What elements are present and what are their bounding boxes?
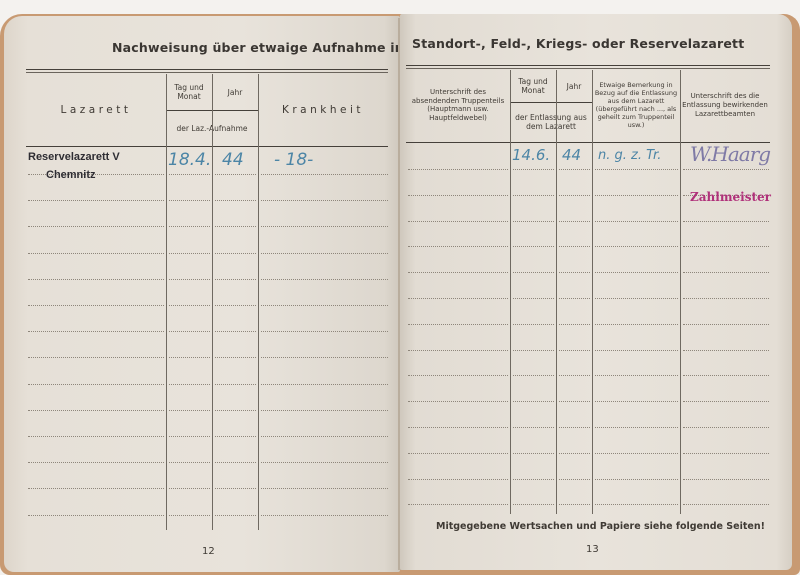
dotted-row-line [215,436,256,437]
entry-krankheit: - 18- [274,150,313,170]
dotted-row-line [559,350,590,351]
dotted-row-line [28,436,164,437]
dotted-row-line [513,298,554,299]
dotted-row-line [559,427,590,428]
lazarett-stamp-line1: Reservelazarett V [28,151,120,163]
dotted-row-line [559,221,590,222]
col-line [212,74,213,530]
header-lazarett: Lazarett [26,74,166,146]
dotted-row-line [513,221,554,222]
header-tag-monat: Tag und Monat [166,74,212,110]
dotted-row-line [595,246,678,247]
dotted-row-line [169,253,210,254]
dotted-row-line [559,298,590,299]
dotted-row-line [408,298,508,299]
dotted-row-line [28,200,164,201]
dotted-row-line [513,169,554,170]
dotted-row-line [408,246,508,247]
header-divider [510,102,592,103]
dotted-row-line [595,272,678,273]
dotted-row-line [559,479,590,480]
dotted-row-line [169,384,210,385]
dotted-row-line [683,298,769,299]
dotted-row-line [683,272,769,273]
dotted-row-line [595,401,678,402]
dotted-row-line [169,410,210,411]
header-unterschrift-truppenteil: Unterschrift des absendenden Truppenteil… [406,70,510,140]
dotted-row-line [215,357,256,358]
dotted-row-line [215,253,256,254]
page-number-right: 13 [586,544,599,555]
dotted-row-line [261,384,388,385]
dotted-row-line [169,279,210,280]
dotted-row-line [261,488,388,489]
dotted-row-line [683,479,769,480]
dotted-row-line [261,331,388,332]
col-line [680,70,681,514]
dotted-row-line [513,375,554,376]
dotted-row-line [169,174,210,175]
col-line [258,74,259,530]
dotted-row-line [559,375,590,376]
dotted-row-line [683,504,769,505]
dotted-row-line [408,195,508,196]
entry-jahr: 44 [222,150,244,170]
dotted-row-line [169,357,210,358]
dotted-row-line [408,221,508,222]
left-page: Nachweisung über etwaige Aufnahme in ein… [4,16,400,572]
left-page-title: Nachweisung über etwaige Aufnahme in ein [112,40,400,55]
title-rule [406,65,770,69]
dotted-row-line [595,350,678,351]
dotted-row-line [513,246,554,247]
entry-tag-monat: 18.4. [168,150,211,170]
dotted-row-line [215,226,256,227]
dotted-row-line [408,324,508,325]
dotted-row-line [169,200,210,201]
dotted-row-line [408,401,508,402]
dotted-row-line [215,384,256,385]
header-krankheit: Krankheit [258,74,388,146]
dotted-row-line [595,504,678,505]
dotted-row-line [595,479,678,480]
dotted-row-line [261,305,388,306]
lazarett-stamp-line2: Chemnitz [46,169,96,181]
dotted-row-line [215,279,256,280]
dotted-row-line [261,462,388,463]
col-line [166,74,167,530]
dotted-row-line [215,331,256,332]
dotted-row-line [559,453,590,454]
dotted-row-line [215,462,256,463]
dotted-row-line [513,504,554,505]
dotted-row-line [28,410,164,411]
dotted-row-line [28,305,164,306]
dotted-row-line [261,515,388,516]
dotted-row-line [28,226,164,227]
header-jahr: Jahr [212,74,258,110]
entry-bemerkung: n. g. z. Tr. [598,148,661,163]
dotted-row-line [595,298,678,299]
dotted-row-line [215,488,256,489]
dotted-row-line [169,305,210,306]
dotted-row-line [683,221,769,222]
dotted-row-line [261,279,388,280]
dotted-row-line [595,375,678,376]
dotted-row-line [261,357,388,358]
dotted-row-line [408,375,508,376]
dotted-row-line [215,200,256,201]
dotted-row-line [261,410,388,411]
dotted-row-line [28,384,164,385]
dotted-row-line [595,169,678,170]
dotted-row-line [215,515,256,516]
dotted-row-line [169,515,210,516]
dotted-row-line [169,226,210,227]
dotted-row-line [215,174,256,175]
dotted-row-line [513,401,554,402]
zahlmeister-stamp: Zahlmeister [690,190,771,204]
dotted-row-line [513,195,554,196]
dotted-row-line [408,504,508,505]
dotted-row-line [513,272,554,273]
page-number-left: 12 [202,546,215,557]
header-bemerkung: Etwaige Bemerkung in Bezug auf die Entla… [592,70,680,140]
dotted-row-line [683,375,769,376]
dotted-row-line [683,324,769,325]
dotted-row-line [559,195,590,196]
dotted-row-line [408,169,508,170]
header-entlassung: der Entlassung aus dem Lazarett [510,104,592,140]
dotted-row-line [408,272,508,273]
dotted-row-line [595,221,678,222]
dotted-row-line [28,488,164,489]
dotted-row-line [215,410,256,411]
dotted-row-line [169,462,210,463]
dotted-row-line [683,453,769,454]
footer-note: Mitgegebene Wertsachen und Papiere siehe… [436,521,765,532]
header-unterschrift-beamter: Unterschrift des die Entlassung bewirken… [680,70,770,140]
col-line [556,70,557,514]
dotted-row-line [559,504,590,505]
dotted-row-line [595,324,678,325]
dotted-row-line [559,324,590,325]
dotted-row-line [683,246,769,247]
dotted-row-line [595,427,678,428]
dotted-row-line [28,331,164,332]
dotted-row-line [513,479,554,480]
dotted-row-line [261,226,388,227]
dotted-row-line [513,350,554,351]
title-rule [26,69,388,73]
open-soldbuch: Nachweisung über etwaige Aufnahme in ein… [0,10,800,575]
col-line [592,70,593,514]
col-line [510,70,511,514]
dotted-row-line [261,436,388,437]
dotted-row-line [215,305,256,306]
dotted-row-line [683,401,769,402]
dotted-row-line [261,200,388,201]
dotted-row-line [683,350,769,351]
dotted-row-line [28,462,164,463]
dotted-row-line [28,279,164,280]
dotted-row-line [559,272,590,273]
dotted-row-line [28,253,164,254]
dotted-row-line [595,195,678,196]
header-jahr: Jahr [556,70,592,102]
right-page: Standort-, Feld-, Kriegs- oder Reservela… [400,14,792,570]
header-bottom-rule [26,146,388,147]
dotted-row-line [169,488,210,489]
dotted-row-line [408,479,508,480]
dotted-row-line [408,427,508,428]
entry-jahr: 44 [562,146,581,164]
dotted-row-line [28,357,164,358]
dotted-row-line [595,453,678,454]
signature: W.Haarg [690,142,770,166]
dotted-row-line [513,453,554,454]
dotted-row-line [559,246,590,247]
dotted-row-line [683,427,769,428]
dotted-row-line [261,174,388,175]
dotted-row-line [408,350,508,351]
header-tag-monat: Tag und Monat [510,70,556,102]
dotted-row-line [261,253,388,254]
dotted-row-line [28,515,164,516]
dotted-row-line [408,453,508,454]
dotted-row-line [559,401,590,402]
dotted-row-line [169,331,210,332]
dotted-row-line [683,169,769,170]
right-page-title: Standort-, Feld-, Kriegs- oder Reservela… [412,36,744,51]
entry-tag-monat: 14.6. [512,146,550,164]
dotted-row-line [513,324,554,325]
dotted-row-line [169,436,210,437]
dotted-row-line [513,427,554,428]
dotted-row-line [559,169,590,170]
